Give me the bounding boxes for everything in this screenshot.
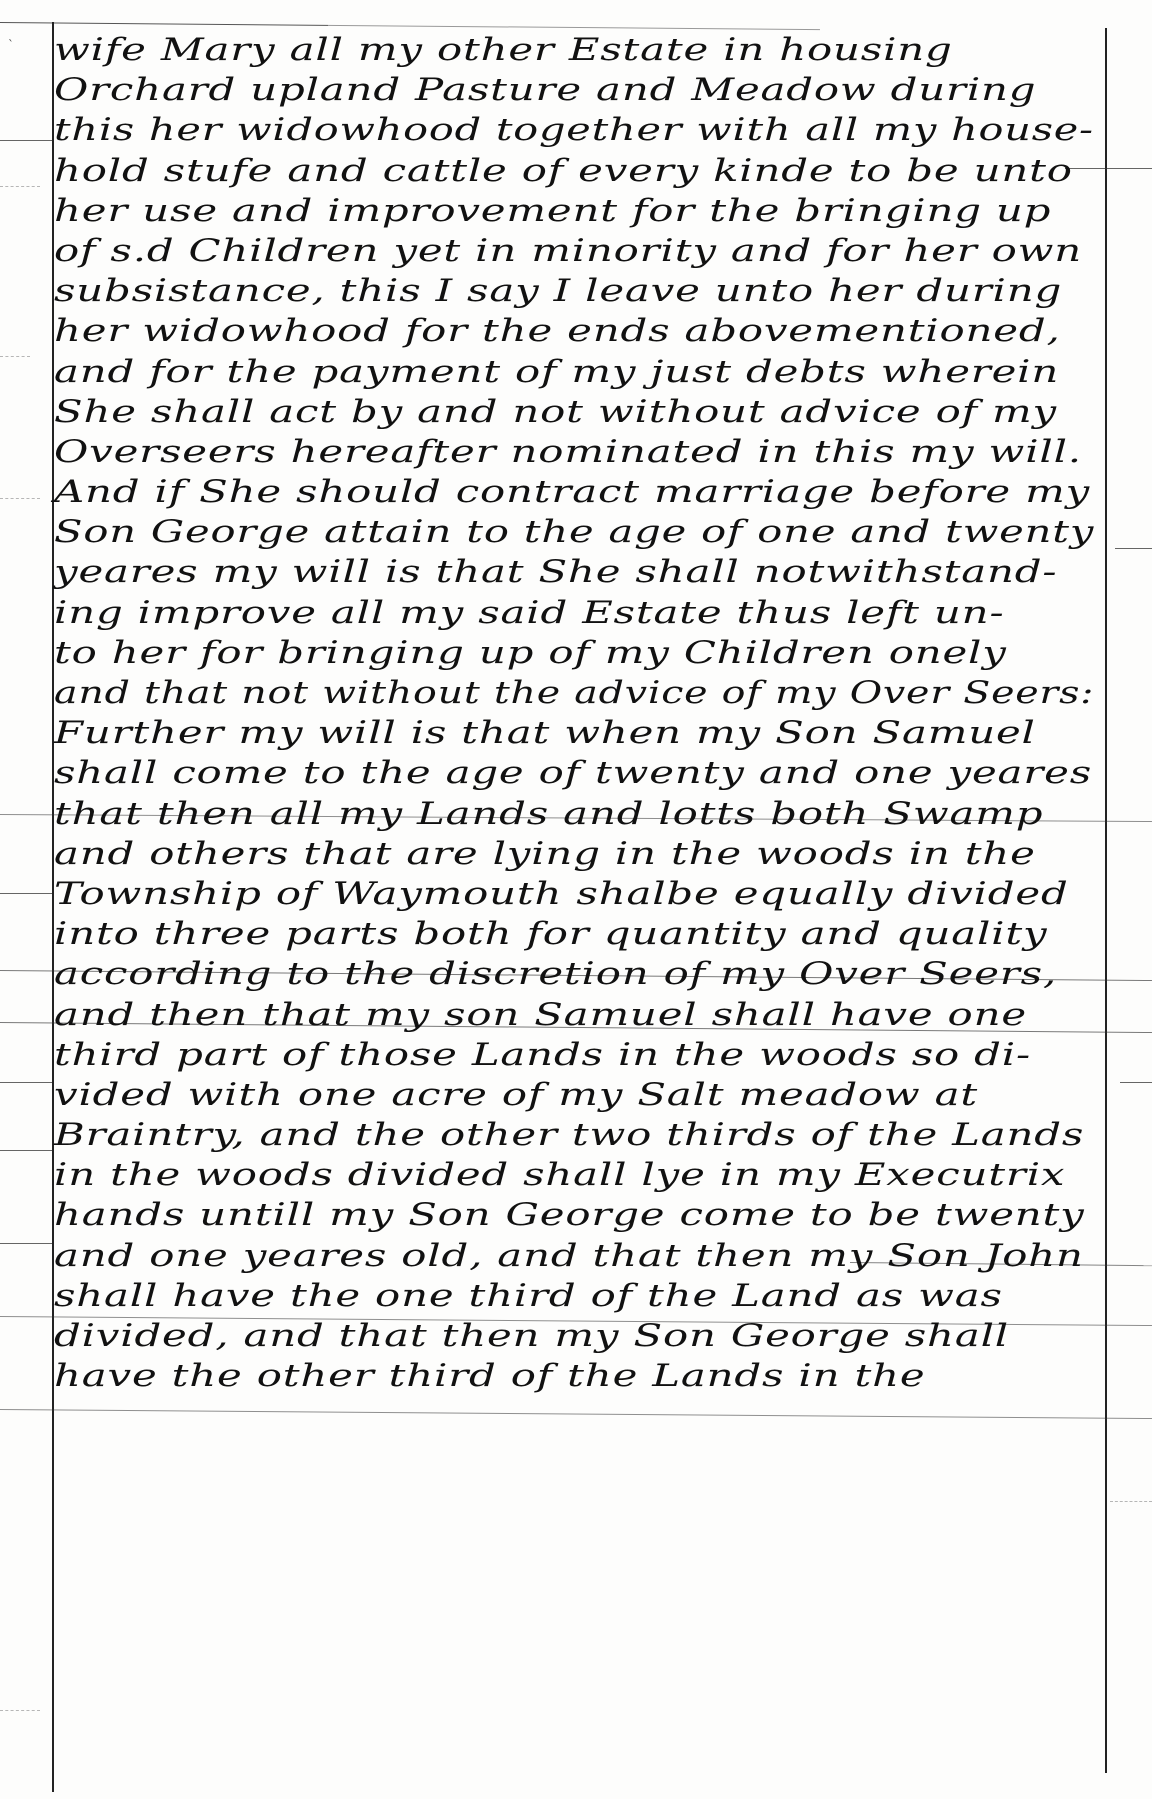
ruled-line [0,1409,1152,1419]
text-line: subsistance, this I say I leave unto her… [54,271,1114,311]
ruled-line [0,140,52,141]
text-line: in the woods divided shall lye in my Exe… [54,1155,1114,1195]
ruled-line [0,1710,40,1711]
text-line: Son George attain to the age of one and … [54,512,1114,552]
text-line: and for the payment of my just debts whe… [54,352,1114,392]
stray-mark: ` [8,38,14,52]
text-line: Further my will is that when my Son Samu… [54,713,1114,753]
text-line: She shall act by and not without advice … [54,392,1114,432]
text-line: and one yeares old, and that then my Son… [54,1236,1114,1276]
ruled-line [0,498,40,499]
text-line: shall come to the age of twenty and one … [54,753,1114,793]
text-line: third part of those Lands in the woods s… [54,1035,1114,1075]
top-rule [0,22,820,30]
ruled-line [0,186,40,187]
text-line: And if She should contract marriage befo… [54,472,1114,512]
text-line: her use and improvement for the bringing… [54,191,1114,231]
ruled-line [0,893,52,894]
text-line: according to the discretion of my Over S… [54,954,1114,994]
text-line: hands untill my Son George come to be tw… [54,1195,1114,1235]
text-line: have the other third of the Lands in the [54,1356,1114,1396]
ruled-line [1120,1082,1152,1083]
text-line: of s.d Children yet in minority and for … [54,231,1114,271]
text-line: this her widowhood together with all my … [54,110,1114,150]
text-line: and that not without the advice of my Ov… [54,673,1114,713]
ruled-line [0,1082,52,1083]
handwritten-text-block: wife Mary all my other Estate in housing… [54,30,1114,1396]
ruled-line [0,356,30,357]
text-line: that then all my Lands and lotts both Sw… [54,794,1114,834]
ruled-line [0,1243,52,1244]
text-line: wife Mary all my other Estate in housing [54,30,1114,70]
text-line: her widowhood for the ends abovementione… [54,311,1114,351]
text-line: to her for bringing up of my Children on… [54,633,1114,673]
text-line: Township of Waymouth shalbe equally divi… [54,874,1114,914]
text-line: and then that my son Samuel shall have o… [54,995,1114,1035]
text-line: into three parts both for quantity and q… [54,914,1114,954]
text-line: ing improve all my said Estate thus left… [54,593,1114,633]
text-line: yeares my will is that She shall notwith… [54,552,1114,592]
ruled-line [1110,1501,1152,1502]
text-line: Braintry, and the other two thirds of th… [54,1115,1114,1155]
text-line: shall have the one third of the Land as … [54,1276,1114,1316]
text-line: and others that are lying in the woods i… [54,834,1114,874]
text-line: Overseers hereafter nominated in this my… [54,432,1114,472]
text-line: hold stufe and cattle of every kinde to … [54,151,1114,191]
text-line: Orchard upland Pasture and Meadow during [54,70,1114,110]
text-line: vided with one acre of my Salt meadow at [54,1075,1114,1115]
ruled-line [1115,548,1152,549]
ruled-line [0,1150,52,1151]
text-line: divided, and that then my Son George sha… [54,1316,1114,1356]
document-page: ` wife Mary all my other Estate in housi… [0,0,1152,1799]
